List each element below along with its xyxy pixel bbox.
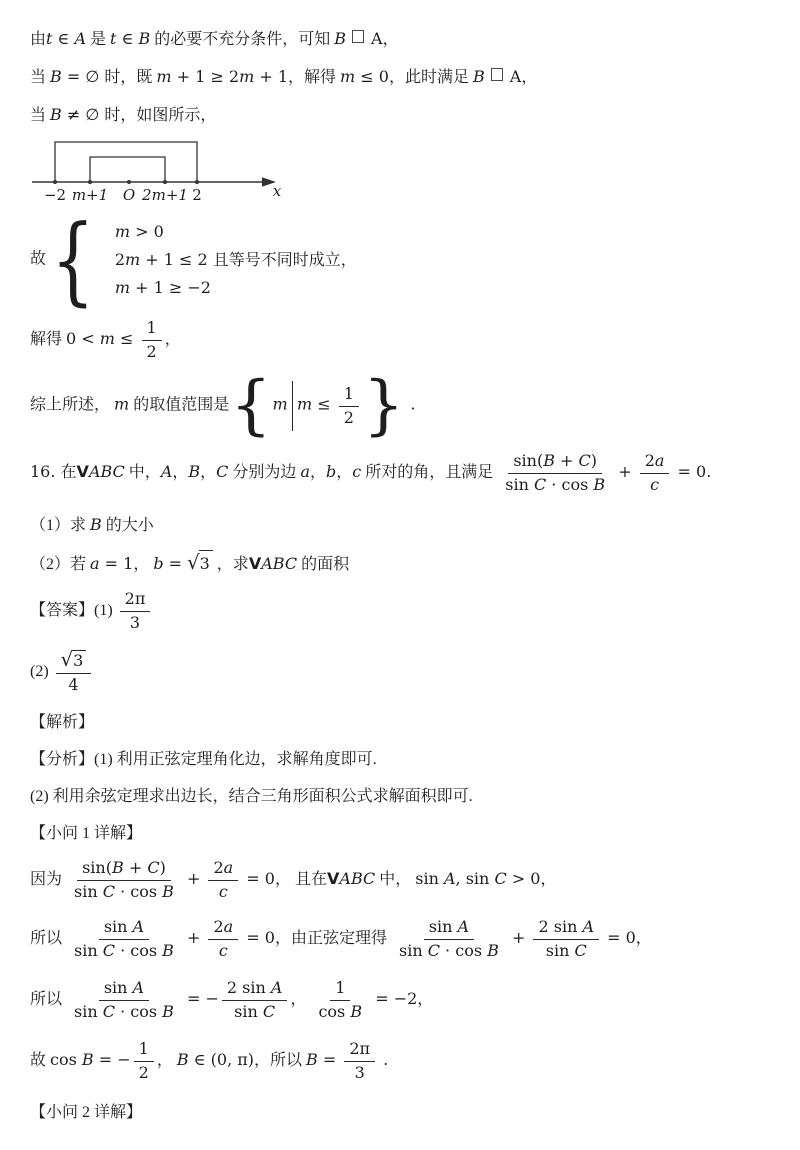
set-right-brace: } — [363, 377, 404, 435]
text-segment: 3 — [130, 613, 140, 632]
text-segment: · cos — [115, 941, 162, 960]
square-root: √3 — [61, 648, 87, 672]
para-detail-1-step-1: 因为 sin(B + C)sin C · cos B + 2ac = 0， 且在… — [30, 858, 772, 903]
text-segment: ，由正弦定理得 — [275, 931, 391, 948]
text-segment: . — [405, 395, 415, 414]
para-analysis-1: 【分析】(1) 利用正弦定理角化边，求解角度即可. — [30, 747, 772, 772]
text-segment: + 1 ≥ −2 — [130, 278, 211, 297]
text-segment: ，求 — [213, 556, 249, 573]
text-segment: + — [613, 462, 637, 481]
text-segment: A — [582, 917, 594, 936]
fraction-numerator: sin(B + C) — [77, 858, 171, 881]
cases-row: m > 0 — [115, 218, 357, 246]
text-segment: sin — [505, 475, 534, 494]
text-segment: A — [74, 29, 86, 48]
text-segment: V — [77, 462, 89, 481]
text-segment: C — [494, 870, 506, 889]
text-segment: B — [473, 67, 485, 86]
text-segment: 故 — [30, 1053, 50, 1070]
text-segment: ) — [591, 451, 597, 470]
math-fraction: sin Asin C · cos B — [394, 917, 504, 962]
math-fraction: sin Asin C · cos B — [69, 978, 179, 1023]
text-segment: C — [574, 941, 586, 960]
text-segment: = 1 — [100, 554, 134, 573]
label-neg2: −2 — [44, 186, 66, 204]
text-segment: 2 — [115, 250, 125, 269]
text-segment: B — [162, 882, 174, 901]
para-sub-question-1: （1）求 B 的大小 — [30, 512, 772, 538]
fraction-numerator: sin A — [424, 917, 474, 940]
text-segment: B — [112, 858, 124, 877]
text-segment: 2 — [344, 408, 354, 427]
para-answer-1: 【答案】(1) 2π3 — [30, 589, 772, 634]
point-dot-2m-plus-1 — [163, 180, 167, 184]
text-segment: 0 < — [66, 329, 100, 348]
cases-group: {m > 02m + 1 ≤ 2 且等号不同时成立，m + 1 ≥ −2 — [51, 218, 357, 302]
outer-interval-bracket — [55, 142, 197, 182]
text-segment: B — [139, 29, 151, 48]
text-segment: = − — [94, 1051, 131, 1070]
text-segment: sin — [74, 941, 103, 960]
text-segment: ， — [172, 464, 188, 481]
text-segment: (2) 利用余弦定理求出边长，结合三角形面积公式求解面积即可. — [30, 788, 473, 805]
text-segment: 2 — [139, 1063, 149, 1082]
para-system-of-conditions: 故{m > 02m + 1 ≤ 2 且等号不同时成立，m + 1 ≥ −2 — [30, 218, 772, 302]
math-fraction: 2ac — [640, 451, 670, 496]
text-segment: · cos — [440, 941, 487, 960]
text-segment: ， — [133, 556, 153, 573]
text-segment: 在 — [61, 464, 77, 481]
text-segment: (2) — [30, 663, 53, 680]
text-segment: m — [114, 395, 129, 414]
text-segment: m — [115, 222, 130, 241]
text-segment: B — [50, 105, 62, 124]
para-detail-1-step-3: 所以 sin Asin C · cos B = −2 sin Asin C， 1… — [30, 978, 772, 1023]
text-segment: = 0 — [241, 870, 275, 889]
math-fraction: 2π3 — [120, 589, 151, 634]
missing-glyph-box — [491, 68, 503, 81]
math-fraction: 12 — [142, 318, 162, 363]
text-segment: 故 — [30, 251, 46, 268]
number-line-svg: −2 m+1 O 2m+1 2 x — [30, 132, 288, 206]
math-fraction: sin(B + C)sin C · cos B — [69, 858, 179, 903]
fraction-numerator: 1 — [142, 318, 162, 341]
text-segment: （2）若 — [30, 556, 90, 573]
text-segment: · cos — [115, 1002, 162, 1021]
text-segment: ∈ — [52, 29, 74, 48]
text-segment: A — [133, 978, 145, 997]
text-segment: = 0. — [672, 462, 711, 481]
math-fraction: 12 — [134, 1039, 154, 1084]
text-segment: 时，既 — [104, 69, 156, 86]
math-fraction: 12 — [339, 384, 359, 429]
text-segment: A — [371, 29, 383, 48]
text-segment: B — [487, 941, 499, 960]
math-fraction: 2 sin Asin C — [533, 917, 599, 962]
text-segment: ABC — [89, 462, 125, 481]
text-segment: C — [103, 882, 115, 901]
text-segment: sin — [415, 870, 444, 889]
text-segment: 1 — [344, 384, 354, 403]
fraction-denominator: 3 — [125, 612, 145, 634]
text-segment: ， — [540, 872, 556, 889]
math-fraction: 2ac — [208, 917, 238, 962]
text-segment: = −2 — [370, 990, 417, 1009]
fraction-numerator: sin A — [99, 978, 149, 1001]
text-segment: ， — [290, 992, 310, 1009]
text-segment: A — [133, 917, 145, 936]
text-segment: sin — [104, 917, 133, 936]
text-segment: + — [555, 451, 579, 470]
text-segment: ，所以 — [254, 1053, 306, 1070]
radical-sign: √ — [61, 648, 72, 671]
text-segment: a — [300, 462, 310, 481]
text-segment: ABC — [261, 554, 297, 573]
text-segment: 的大小 — [102, 517, 154, 534]
text-segment: ， — [636, 931, 652, 948]
fraction-denominator: sin C · cos B — [500, 474, 610, 496]
text-segment: 1 — [147, 318, 157, 337]
text-segment: m — [340, 67, 355, 86]
cases-left-brace: { — [51, 220, 95, 301]
fraction-denominator: sin C · cos B — [69, 940, 179, 962]
fraction-numerator: 2 sin A — [533, 917, 599, 940]
square-root: √3 — [187, 550, 213, 577]
text-segment: 是 — [86, 31, 110, 48]
label-m-plus-1: m+1 — [72, 186, 108, 204]
text-segment: , sin — [456, 870, 495, 889]
text-segment: 2 sin — [538, 917, 582, 936]
para-detail-1-conclusion: 故 cos B = −12， B ∈ (0, π)，所以 B = 2π3 . — [30, 1039, 772, 1084]
math-fraction: 2ac — [208, 858, 238, 903]
text-segment: C — [263, 1002, 275, 1021]
text-segment: ， — [165, 331, 181, 348]
radicand: 3 — [199, 550, 213, 577]
text-segment: A — [510, 67, 522, 86]
text-segment: c — [352, 462, 361, 481]
text-segment: + 1 ≤ 2 — [140, 250, 213, 269]
text-segment: 由 — [30, 31, 46, 48]
text-segment: ≤ 0 — [355, 67, 389, 86]
para-solve-m-range: 解得 0 < m ≤ 12， — [30, 318, 772, 363]
text-segment: + — [124, 858, 148, 877]
text-segment: 当 — [30, 69, 50, 86]
math-fraction: 1cos B — [313, 978, 367, 1023]
text-segment: C — [534, 475, 546, 494]
text-segment: ， — [200, 464, 216, 481]
text-segment: 解得 — [30, 331, 66, 348]
text-segment: ，解得 — [288, 69, 340, 86]
text-segment: 【小问 2 详解】 — [30, 1104, 142, 1121]
text-segment: ， — [521, 69, 537, 86]
text-segment: + — [182, 870, 206, 889]
text-segment: 3 — [200, 554, 210, 573]
text-segment: sin( — [82, 858, 112, 877]
text-segment: ， — [336, 464, 352, 481]
text-segment: B — [90, 515, 102, 534]
set-left-brace: { — [230, 377, 271, 435]
text-segment: C — [147, 858, 159, 877]
text-segment: a — [224, 917, 234, 936]
para-sub-question-2: （2）若 a = 1， b = √3 ，求VABC 的面积 — [30, 550, 772, 577]
para-detail-2-header: 【小问 2 详解】 — [30, 1100, 772, 1125]
fraction-denominator: cos B — [313, 1001, 367, 1023]
text-segment: > 0 — [507, 870, 541, 889]
para-answer-2: (2) √34 — [30, 648, 772, 696]
fraction-numerator: 2a — [208, 917, 238, 940]
fraction-numerator: √3 — [56, 648, 92, 674]
text-segment: = — [164, 554, 188, 573]
set-builder-bar — [292, 381, 293, 431]
text-segment: B — [350, 1002, 362, 1021]
text-segment: 分别为边 — [228, 464, 300, 481]
fraction-numerator: sin(B + C) — [508, 451, 602, 474]
math-fraction: sin(B + C)sin C · cos B — [500, 451, 610, 496]
text-segment: ∈ (0, π) — [189, 1051, 254, 1070]
text-segment: 2 sin — [227, 978, 271, 997]
label-2m-plus-1: 2m+1 — [141, 186, 188, 204]
point-dot-neg2 — [53, 180, 57, 184]
para-detail-1-step-2: 所以 sin Asin C · cos B + 2ac = 0，由正弦定理得 s… — [30, 917, 772, 962]
math-fraction: √34 — [56, 648, 92, 696]
math-fraction: 2 sin Asin C — [222, 978, 288, 1023]
text-segment: b — [326, 462, 336, 481]
text-segment: m — [273, 395, 288, 414]
text-segment: 2 — [213, 917, 223, 936]
text-segment: ≠ ∅ — [62, 105, 105, 124]
fraction-numerator: 1 — [330, 978, 350, 1001]
text-segment: 2 — [147, 342, 157, 361]
text-segment: + 1 — [254, 67, 288, 86]
fraction-denominator: 2 — [142, 341, 162, 363]
label-x-axis: x — [273, 182, 282, 200]
text-segment: 且等号不同时成立， — [213, 252, 357, 269]
fraction-numerator: sin A — [99, 917, 149, 940]
text-segment: B — [82, 1051, 94, 1070]
point-dot-origin — [127, 180, 131, 184]
text-segment: B — [334, 29, 346, 48]
document-page: 由t ∈ A 是 t ∈ B 的必要不充分条件，可知 BA， 当 B = ∅ 时… — [0, 0, 800, 1150]
para-empty-set-case: 当 B = ∅ 时，既 m + 1 ≥ 2m + 1，解得 m ≤ 0，此时满足… — [30, 64, 772, 90]
fraction-denominator: 2 — [339, 407, 359, 429]
text-segment: A — [444, 870, 456, 889]
text-segment: m — [297, 395, 312, 414]
text-segment: 因为 — [30, 872, 66, 889]
text-segment: m — [115, 278, 130, 297]
text-segment: ∈ — [116, 29, 138, 48]
radical-sign: √ — [187, 551, 198, 574]
text-segment: = ∅ — [62, 67, 105, 86]
fraction-denominator: 3 — [350, 1062, 370, 1084]
text-segment: = 0 — [602, 929, 636, 948]
text-segment: 中， — [125, 464, 161, 481]
fraction-denominator: c — [645, 474, 664, 496]
text-segment: 【分析】(1) 利用正弦定理角化边，求解角度即可. — [30, 751, 377, 768]
text-segment: 所以 — [30, 992, 66, 1009]
fraction-denominator: 2 — [134, 1062, 154, 1084]
text-segment: ， — [417, 992, 433, 1009]
text-segment: ≤ — [312, 395, 336, 414]
text-segment: sin( — [513, 451, 543, 470]
label-2: 2 — [192, 186, 202, 204]
text-segment: B — [177, 1051, 189, 1070]
text-segment: c — [219, 941, 228, 960]
text-segment: 1 — [335, 978, 345, 997]
text-segment: 【小问 1 详解】 — [30, 825, 142, 842]
radicand: 3 — [72, 650, 86, 672]
fraction-denominator: sin C · cos B — [69, 1001, 179, 1023]
point-dot-2 — [195, 180, 199, 184]
fraction-denominator: c — [214, 940, 233, 962]
text-segment: 的必要不充分条件，可知 — [150, 31, 334, 48]
cases-rows: m > 02m + 1 ≤ 2 且等号不同时成立，m + 1 ≥ −2 — [115, 218, 357, 302]
para-necessity-conclusion: 由t ∈ A 是 t ∈ B 的必要不充分条件，可知 BA， — [30, 26, 772, 52]
fraction-denominator: sin C — [229, 1001, 280, 1023]
text-segment: B — [162, 1002, 174, 1021]
text-segment: C — [103, 941, 115, 960]
text-segment: C — [579, 451, 591, 470]
text-segment: 当 — [30, 107, 50, 124]
text-segment: C — [428, 941, 440, 960]
text-segment: 1 — [139, 1039, 149, 1058]
text-segment: cos — [50, 1051, 82, 1070]
text-segment: 16. — [30, 462, 61, 481]
text-segment: ) — [160, 858, 166, 877]
text-segment: 的取值范围是 — [129, 397, 229, 414]
text-segment: 所以 — [30, 931, 66, 948]
para-nonempty-set-case: 当 B ≠ ∅ 时，如图所示， — [30, 102, 772, 128]
fraction-numerator: 2a — [640, 451, 670, 474]
text-segment: a — [655, 451, 665, 470]
text-segment: ， 且在 — [275, 872, 327, 889]
text-segment: 中， — [375, 872, 415, 889]
number-line-diagram: −2 m+1 O 2m+1 2 x — [30, 132, 772, 206]
text-segment: B — [188, 462, 200, 481]
text-segment: A — [161, 462, 173, 481]
text-segment: = − — [182, 990, 219, 1009]
text-segment: 3 — [73, 651, 83, 670]
text-segment: ，此时满足 — [389, 69, 473, 86]
text-segment: sin — [74, 882, 103, 901]
text-segment: 【解析】 — [30, 714, 94, 731]
text-segment: C — [216, 462, 228, 481]
text-segment: V — [249, 554, 261, 573]
text-segment: sin — [546, 941, 575, 960]
text-segment: c — [219, 882, 228, 901]
fraction-denominator: sin C · cos B — [394, 940, 504, 962]
text-segment: cos — [318, 1002, 350, 1021]
text-segment: sin — [104, 978, 133, 997]
text-segment: C — [103, 1002, 115, 1021]
fraction-numerator: 1 — [134, 1039, 154, 1062]
text-segment: B — [306, 1051, 318, 1070]
text-segment: V — [327, 870, 339, 889]
text-segment: 综上所述， — [30, 397, 114, 414]
text-segment: ≤ — [115, 329, 139, 348]
para-detail-1-header: 【小问 1 详解】 — [30, 821, 772, 846]
text-segment: 2 — [213, 858, 223, 877]
fraction-denominator: sin C — [541, 940, 592, 962]
text-segment: ， — [383, 31, 399, 48]
text-segment: ， — [157, 1053, 177, 1070]
text-segment: B — [543, 451, 555, 470]
text-segment: · cos — [115, 882, 162, 901]
cases-row: m + 1 ≥ −2 — [115, 274, 357, 302]
text-segment: > 0 — [130, 222, 164, 241]
text-segment: B — [50, 67, 62, 86]
text-segment: = — [318, 1051, 342, 1070]
text-segment: m — [100, 329, 115, 348]
text-segment: ABC — [339, 870, 375, 889]
text-segment: 2π — [349, 1039, 370, 1058]
para-analysis-header: 【解析】 — [30, 710, 772, 735]
text-segment: 时，如图所示， — [104, 107, 216, 124]
text-segment: B — [162, 941, 174, 960]
para-problem-16: 16. 在VABC 中，A，B，C 分别为边 a，b，c 所对的角，且满足 si… — [30, 451, 772, 496]
text-segment: m — [156, 67, 171, 86]
missing-glyph-box — [352, 30, 364, 43]
text-segment: ， — [310, 464, 326, 481]
text-segment: 所对的角，且满足 — [361, 464, 497, 481]
text-segment: 3 — [355, 1063, 365, 1082]
fraction-numerator: 2π — [120, 589, 151, 612]
point-dot-m-plus-1 — [88, 180, 92, 184]
text-segment: c — [650, 475, 659, 494]
text-segment: A — [458, 917, 470, 936]
text-segment: 4 — [68, 675, 78, 694]
fraction-numerator: 2 sin A — [222, 978, 288, 1001]
text-segment: b — [153, 554, 163, 573]
text-segment: + — [182, 929, 206, 948]
fraction-numerator: 1 — [339, 384, 359, 407]
math-fraction: sin Asin C · cos B — [69, 917, 179, 962]
text-segment: sin — [399, 941, 428, 960]
text-segment: A — [271, 978, 283, 997]
text-segment: 【答案】(1) — [30, 602, 117, 619]
fraction-denominator: sin C · cos B — [69, 881, 179, 903]
text-segment: . — [378, 1051, 388, 1070]
text-segment: B — [593, 475, 605, 494]
label-origin: O — [123, 186, 135, 204]
text-segment: = 0 — [241, 929, 275, 948]
text-segment: m — [239, 67, 254, 86]
fraction-numerator: 2a — [208, 858, 238, 881]
text-segment: m — [125, 250, 140, 269]
text-segment: a — [90, 554, 100, 573]
text-segment: · cos — [546, 475, 593, 494]
text-segment: sin — [234, 1002, 263, 1021]
text-segment: sin — [429, 917, 458, 936]
text-segment: （1）求 — [30, 517, 90, 534]
fraction-numerator: 2π — [344, 1039, 375, 1062]
text-segment: 的面积 — [297, 556, 349, 573]
para-analysis-2: (2) 利用余弦定理求出边长，结合三角形面积公式求解面积即可. — [30, 784, 772, 809]
fraction-denominator: c — [214, 881, 233, 903]
cases-row: 2m + 1 ≤ 2 且等号不同时成立， — [115, 246, 357, 274]
text-segment: a — [224, 858, 234, 877]
para-final-range-set: 综上所述， m 的取值范围是{mm ≤ 12} . — [30, 377, 772, 435]
math-fraction: 2π3 — [344, 1039, 375, 1084]
text-segment: 2π — [125, 589, 146, 608]
text-segment: 2 — [645, 451, 655, 470]
text-segment: sin — [74, 1002, 103, 1021]
text-segment: + — [507, 929, 531, 948]
inner-interval-bracket — [90, 157, 165, 182]
fraction-denominator: 4 — [63, 674, 83, 696]
text-segment: + 1 ≥ 2 — [172, 67, 240, 86]
